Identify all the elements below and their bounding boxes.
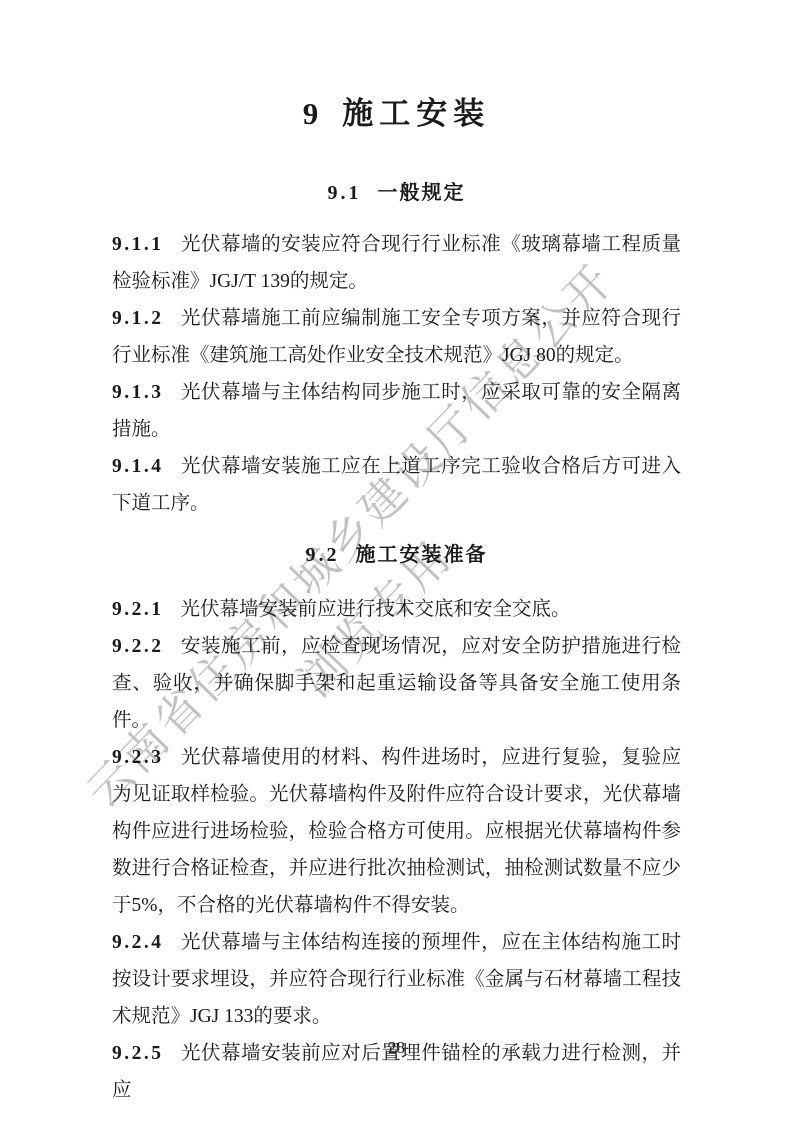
section-9-2-number: 9.2	[306, 544, 340, 566]
section-9-1-number: 9.1	[328, 182, 362, 204]
clause-9-1-2: 9.1.2光伏幕墙施工前应编制施工安全专项方案，并应符合现行行业标准《建筑施工高…	[112, 300, 681, 374]
clause-9-1-1: 9.1.1光伏幕墙的安装应符合现行行业标准《玻璃幕墙工程质量检验标准》JGJ/T…	[112, 226, 681, 300]
section-9-2-clauses: 9.2.1光伏幕墙安装前应进行技术交底和安全交底。 9.2.2安装施工前，应检查…	[112, 591, 681, 1109]
chapter-title-text: 施工安装	[342, 96, 490, 131]
clause-9-2-1-number: 9.2.1	[112, 599, 181, 620]
clause-9-2-3-number: 9.2.3	[112, 747, 181, 768]
clause-9-2-4: 9.2.4光伏幕墙与主体结构连接的预埋件，应在主体结构施工时按设计要求埋设，并应…	[112, 924, 681, 1035]
clause-9-2-2: 9.2.2安装施工前，应检查现场情况，应对安全防护措施进行检查、验收，并确保脚手…	[112, 628, 681, 739]
clause-9-1-3-number: 9.1.3	[112, 382, 181, 403]
section-9-1-title: 一般规定	[378, 182, 466, 204]
clause-9-2-4-number: 9.2.4	[112, 932, 181, 953]
clause-9-1-3: 9.1.3光伏幕墙与主体结构同步施工时，应采取可靠的安全隔离措施。	[112, 374, 681, 448]
clause-9-2-3: 9.2.3光伏幕墙使用的材料、构件进场时，应进行复验，复验应为见证取样检验。光伏…	[112, 739, 681, 924]
page-content: 9施工安装 9.1一般规定 9.1.1光伏幕墙的安装应符合现行行业标准《玻璃幕墙…	[0, 0, 793, 1122]
clause-9-1-3-text: 光伏幕墙与主体结构同步施工时，应采取可靠的安全隔离措施。	[112, 382, 681, 440]
clause-9-2-2-text: 安装施工前，应检查现场情况，应对安全防护措施进行检查、验收，并确保脚手架和起重运…	[112, 636, 681, 731]
section-9-2-title: 施工安装准备	[356, 544, 488, 566]
section-heading-9-1: 9.1一般规定	[112, 180, 681, 206]
section-heading-9-2: 9.2施工安装准备	[112, 542, 681, 568]
page-number: 28	[0, 1037, 793, 1059]
clause-9-2-2-number: 9.2.2	[112, 636, 181, 657]
chapter-title: 9施工安装	[112, 93, 681, 135]
document-page: 云南省住房和城乡建设厅信息公开 浏览专用 9施工安装 9.1一般规定 9.1.1…	[0, 0, 793, 1122]
clause-9-1-4: 9.1.4光伏幕墙安装施工应在上道工序完工验收合格后方可进入下道工序。	[112, 448, 681, 522]
clause-9-1-2-number: 9.1.2	[112, 308, 181, 329]
clause-9-1-1-text: 光伏幕墙的安装应符合现行行业标准《玻璃幕墙工程质量检验标准》JGJ/T 139的…	[112, 234, 681, 292]
clause-9-2-4-text: 光伏幕墙与主体结构连接的预埋件，应在主体结构施工时按设计要求埋设，并应符合现行行…	[112, 932, 681, 1027]
clause-9-2-1-text: 光伏幕墙安装前应进行技术交底和安全交底。	[181, 599, 571, 620]
clause-9-1-2-text: 光伏幕墙施工前应编制施工安全专项方案，并应符合现行行业标准《建筑施工高处作业安全…	[112, 308, 681, 366]
clause-9-1-1-number: 9.1.1	[112, 234, 181, 255]
clause-9-2-3-text: 光伏幕墙使用的材料、构件进场时，应进行复验，复验应为见证取样检验。光伏幕墙构件及…	[112, 747, 681, 916]
chapter-number: 9	[303, 96, 319, 131]
clause-9-1-4-text: 光伏幕墙安装施工应在上道工序完工验收合格后方可进入下道工序。	[112, 456, 681, 514]
clause-9-1-4-number: 9.1.4	[112, 456, 181, 477]
clause-9-2-1: 9.2.1光伏幕墙安装前应进行技术交底和安全交底。	[112, 591, 681, 628]
section-9-1-clauses: 9.1.1光伏幕墙的安装应符合现行行业标准《玻璃幕墙工程质量检验标准》JGJ/T…	[112, 226, 681, 522]
